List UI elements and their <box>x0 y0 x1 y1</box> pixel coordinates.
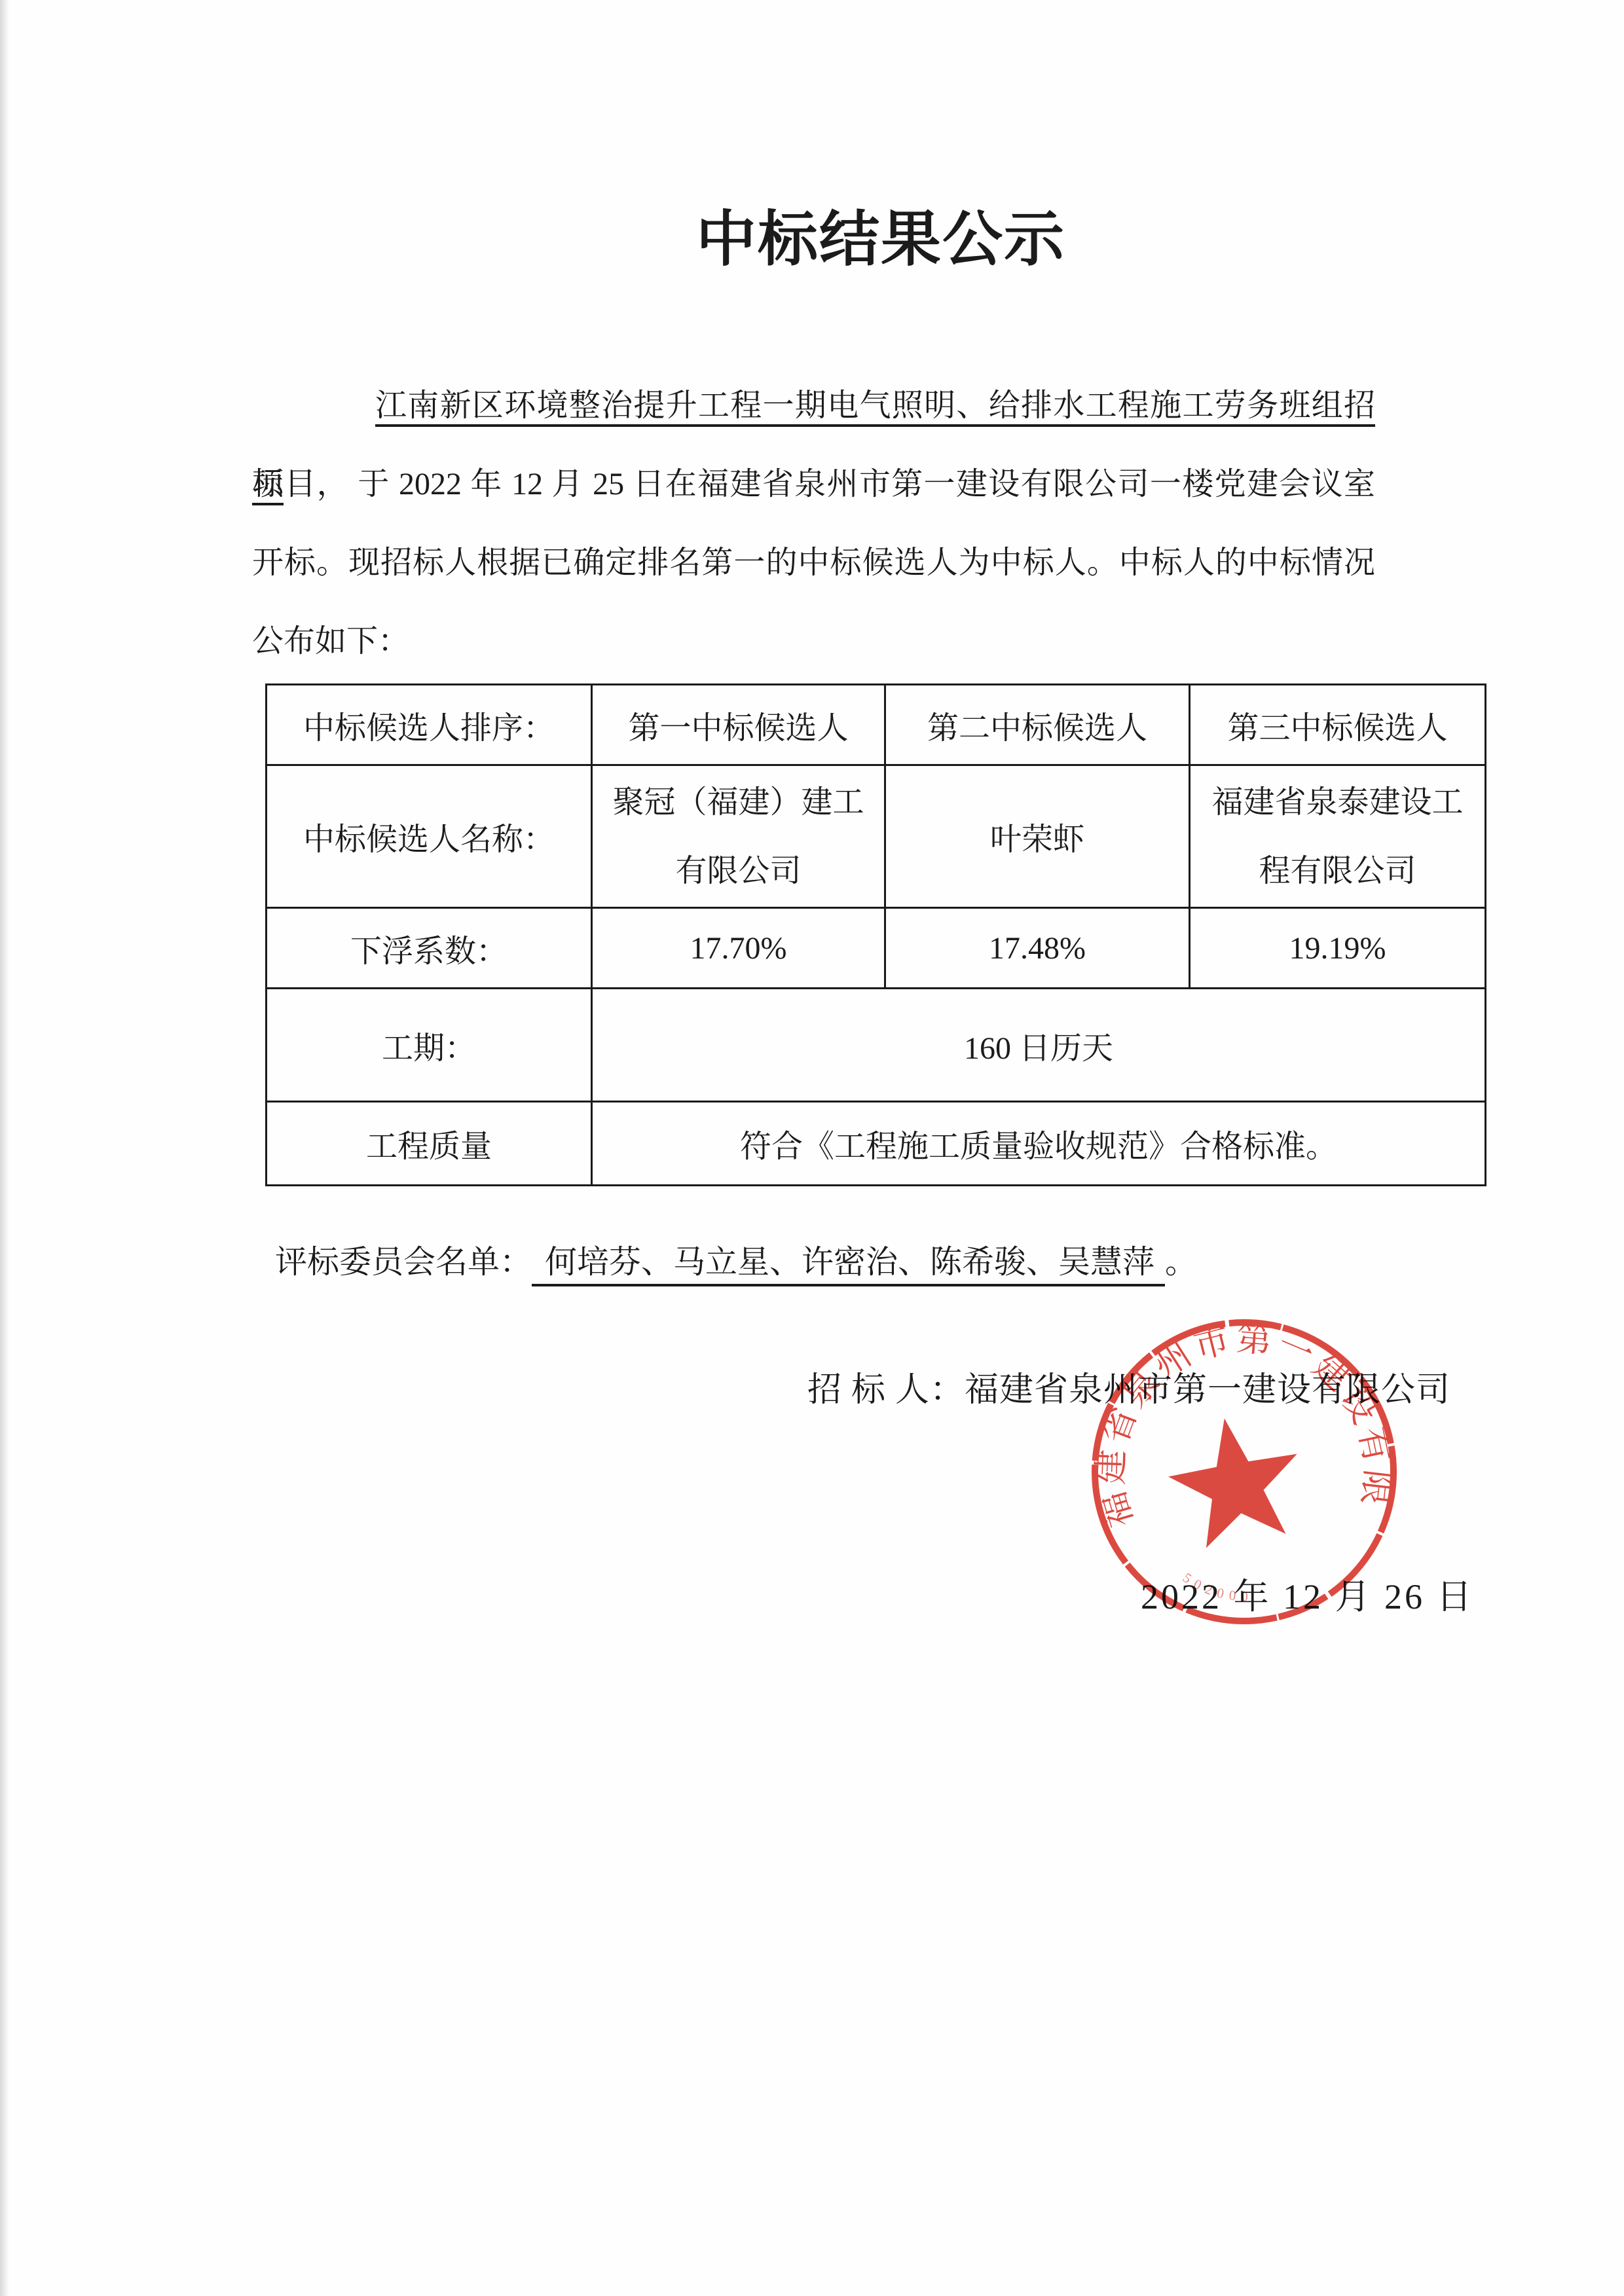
third-candidate-rate: 19.19% <box>1190 908 1486 989</box>
committee-label: 评标委员会名单： <box>275 1244 532 1280</box>
discount-rate-row: 下浮系数： 17.70% 17.48% 19.19% <box>267 908 1486 989</box>
seal-code-text: 502000 <box>1180 1569 1254 1604</box>
paragraph-line-3: 开标。现招标人根据已确定排名第一的中标候选人为中标人。中标人的中标情况 <box>252 524 1375 602</box>
committee-suffix: 。 <box>1165 1244 1197 1280</box>
quality-row: 工程质量 符合《工程施工质量验收规范》合格标准。 <box>267 1102 1486 1186</box>
first-candidate-rate: 17.70% <box>592 908 885 989</box>
bid-result-table: 中标候选人排序： 第一中标候选人 第二中标候选人 第三中标候选人 中标候选人名称… <box>265 683 1486 1186</box>
header-rank-label: 中标候选人排序： <box>267 685 592 765</box>
duration-row: 工期： 160 日历天 <box>267 989 1486 1102</box>
committee-names-underlined: 何培芬、马立星、许密治、陈希骏、吴慧萍 <box>532 1244 1165 1286</box>
company-seal: 福建省泉州市第一建设有限公司 502000 <box>1087 1315 1401 1629</box>
scan-edge-artifact <box>0 0 9 2296</box>
candidate-name-row: 中标候选人名称： 聚冠（福建）建工 有限公司 叶荣虾 福建省泉泰建设工 程有限公… <box>267 765 1486 908</box>
header-third-candidate: 第三中标候选人 <box>1190 685 1486 765</box>
first-candidate-name: 聚冠（福建）建工 有限公司 <box>592 765 885 908</box>
second-candidate-rate: 17.48% <box>885 908 1190 989</box>
paragraph-line-2: 项目， 于 2022 年 12 月 25 日在福建省泉州市第一建设有限公司一楼党… <box>252 445 1375 524</box>
paragraph-line-4: 公布如下： <box>252 602 1375 681</box>
quality-value: 符合《工程施工质量验收规范》合格标准。 <box>592 1102 1486 1186</box>
page-title: 中标结果公示 <box>69 207 1624 273</box>
paragraph-line-1: 江南新区环境整治提升工程一期电气照明、给排水工程施工劳务班组招标 <box>252 367 1375 445</box>
third-candidate-name: 福建省泉泰建设工 程有限公司 <box>1190 765 1486 908</box>
rate-row-label: 下浮系数： <box>267 908 592 989</box>
table-header-row: 中标候选人排序： 第一中标候选人 第二中标候选人 第三中标候选人 <box>267 685 1486 765</box>
evaluation-committee-line: 评标委员会名单：何培芬、马立星、许密治、陈希骏、吴慧萍。 <box>275 1243 1197 1282</box>
header-second-candidate: 第二中标候选人 <box>885 685 1190 765</box>
document-page: 中标结果公示 江南新区环境整治提升工程一期电气照明、给排水工程施工劳务班组招标 … <box>0 0 1624 2296</box>
body-paragraph: 江南新区环境整治提升工程一期电气照明、给排水工程施工劳务班组招标 项目， 于 2… <box>252 367 1375 681</box>
quality-label: 工程质量 <box>267 1102 592 1186</box>
seal-star-icon <box>1160 1407 1310 1552</box>
second-candidate-name: 叶荣虾 <box>885 765 1190 908</box>
name-row-label: 中标候选人名称： <box>267 765 592 908</box>
duration-value: 160 日历天 <box>592 989 1486 1102</box>
header-first-candidate: 第一中标候选人 <box>592 685 885 765</box>
duration-label: 工期： <box>267 989 592 1102</box>
